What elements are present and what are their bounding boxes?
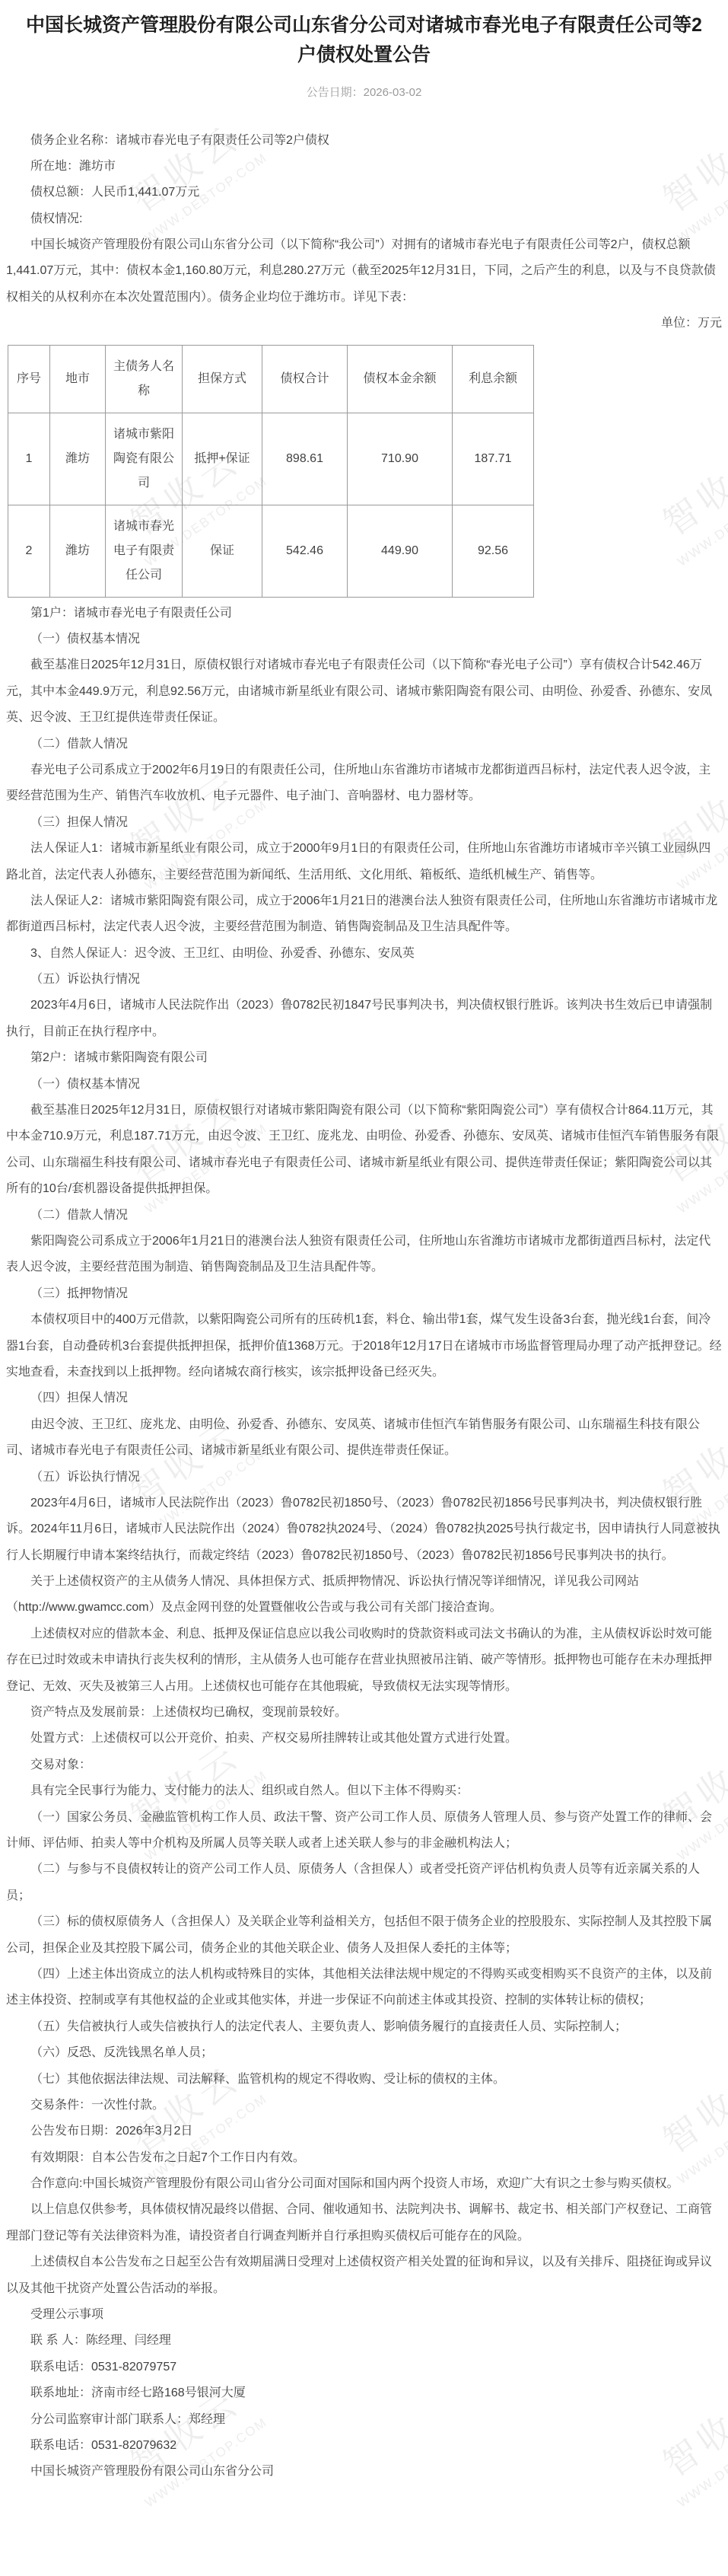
table-header-cell: 债权合计 bbox=[262, 345, 348, 413]
claim-status-label: 债权情况: bbox=[6, 206, 722, 232]
s1-claim-basic-text: 截至基准日2025年12月31日，原债权银行对诸城市春光电子有限责任公司（以下简… bbox=[6, 652, 722, 731]
table-cell: 诸城市紫阳陶瓷有限公司 bbox=[106, 413, 183, 505]
restriction-item-5: （五）失信被执行人或失信被执行人的法定代表人、主要负责人、影响债务履行的直接责任… bbox=[6, 2014, 722, 2040]
s2-borrower-heading: （二）借款人情况 bbox=[6, 1203, 722, 1229]
unit-note: 单位：万元 bbox=[6, 311, 722, 336]
s1-corporate-guarantor-1: 法人保证人1：诸城市新星纸业有限公司，成立于2000年9月1日的有限责任公司，住… bbox=[6, 836, 722, 888]
s1-claim-basic-heading: （一）债权基本情况 bbox=[6, 626, 722, 652]
summary-fields: 债务企业名称：诸城市春光电子有限责任公司等2户债权 所在地：潍坊市 债权总额：人… bbox=[6, 128, 722, 233]
validity-line: 有效期限：自本公告发布之日起7个工作日内有效。 bbox=[6, 2145, 722, 2171]
table-cell: 潍坊 bbox=[50, 505, 106, 597]
table-cell: 诸城市春光电子有限责任公司 bbox=[106, 505, 183, 597]
restriction-item-1: （一）国家公务员、金融监管机构工作人员、政法干警、资产公司工作人员、原债务人管理… bbox=[6, 1805, 722, 1857]
table-header-cell: 地市 bbox=[50, 345, 106, 413]
company-signature-line: 中国长城资产管理股份有限公司山东省分公司 bbox=[6, 2459, 722, 2485]
contact-address-line: 联系地址：济南市经七路168号银河大厦 bbox=[6, 2380, 722, 2406]
page-title: 中国长城资产管理股份有限公司山东省分公司对诸城市春光电子有限责任公司等2户债权处… bbox=[17, 11, 711, 70]
table-header-cell: 主债务人名称 bbox=[106, 345, 183, 413]
contact-person-line: 联 系 人：陈经理、闫经理 bbox=[6, 2328, 722, 2354]
s2-borrower-text: 紫阳陶瓷公司系成立于2006年1月21日的港澳台法人独资有限责任公司，住所地山东… bbox=[6, 1229, 722, 1281]
total-amount-field: 债权总额：人民币1,441.07万元 bbox=[6, 180, 722, 206]
restriction-item-7: （七）其他依据法律法规、司法解释、监管机构的规定不得收购、受让标的债权的主体。 bbox=[6, 2067, 722, 2093]
table-cell: 2 bbox=[8, 505, 50, 597]
table-cell: 1 bbox=[8, 413, 50, 505]
household-2-heading: 第2户：诸城市紫阳陶瓷有限公司 bbox=[6, 1045, 722, 1071]
s1-litigation-text: 2023年4月6日，诸城市人民法院作出（2023）鲁0782民初1847号民事判… bbox=[6, 993, 722, 1045]
table-row: 1 潍坊 诸城市紫阳陶瓷有限公司 抵押+保证 898.61 710.90 187… bbox=[8, 413, 534, 505]
s2-collateral-heading: （三）抵押物情况 bbox=[6, 1281, 722, 1307]
contact-phone-line: 联系电话：0531-82079757 bbox=[6, 2354, 722, 2380]
publish-date: 公告日期：2026-03-02 bbox=[6, 84, 722, 102]
announce-date-line: 公告发布日期：2026年3月2日 bbox=[6, 2119, 722, 2144]
restriction-item-3: （三）标的债权原债务人（含担保人）及关联企业等利益相关方，包括但不限于债务企业的… bbox=[6, 1909, 722, 1962]
table-header-cell: 担保方式 bbox=[183, 345, 262, 413]
location-field: 所在地：潍坊市 bbox=[6, 154, 722, 180]
s2-litigation-heading: （五）诉讼执行情况 bbox=[6, 1465, 722, 1490]
table-cell: 449.90 bbox=[348, 505, 453, 597]
document-content: 中国长城资产管理股份有限公司山东省分公司对诸城市春光电子有限责任公司等2户债权处… bbox=[0, 0, 728, 2516]
s1-corporate-guarantor-2: 法人保证人2：诸城市紫阳陶瓷有限公司，成立于2006年1月21日的港澳台法人独资… bbox=[6, 888, 722, 941]
announcement-page: 智收云WWW.DEBTOP.COM 智收云WWW.DEBTOP.COM 智收云W… bbox=[0, 0, 728, 2576]
table-header-cell: 利息余额 bbox=[453, 345, 534, 413]
audit-phone-line: 联系电话：0531-82079632 bbox=[6, 2433, 722, 2459]
s1-borrower-heading: （二）借款人情况 bbox=[6, 732, 722, 757]
website-info-paragraph: 关于上述债权资产的主从债务人情况、具体担保方式、抵质押物情况、诉讼执行情况等详细… bbox=[6, 1569, 722, 1621]
reference-note-paragraph: 以上信息仅供参考，具体债权情况最终以借据、合同、催收通知书、法院判决书、调解书、… bbox=[6, 2197, 722, 2249]
table-cell: 710.90 bbox=[348, 413, 453, 505]
trade-target-label: 交易对象： bbox=[6, 1752, 722, 1778]
table-cell: 187.71 bbox=[453, 413, 534, 505]
table-row: 2 潍坊 诸城市春光电子有限责任公司 保证 542.46 449.90 92.5… bbox=[8, 505, 534, 597]
debtor-name-field: 债务企业名称：诸城市春光电子有限责任公司等2户债权 bbox=[6, 128, 722, 154]
s2-claim-basic-text: 截至基准日2025年12月31日，原债权银行对诸城市紫阳陶瓷有限公司（以下简称“… bbox=[6, 1098, 722, 1203]
disposal-method-line: 处置方式：上述债权可以公开竞价、拍卖、产权交易所挂牌转让或其他处置方式进行处置。 bbox=[6, 1726, 722, 1752]
contact-section-heading: 受理公示事项 bbox=[6, 2302, 722, 2328]
cooperation-line: 合作意向:中国长城资产管理股份有限公司山省分公司面对国际和国内两个投资人市场，欢… bbox=[6, 2171, 722, 2197]
restriction-item-2: （二）与参与不良债权转让的资产公司工作人员、原债务人（含担保人）或者受托资产评估… bbox=[6, 1857, 722, 1909]
s1-natural-guarantors: 3、自然人保证人：迟令波、王卫红、由明俭、孙爱香、孙德东、安凤英 bbox=[6, 941, 722, 967]
restriction-item-4: （四）上述主体出资成立的法人机构或特殊目的实体，其他相关法律法规中规定的不得购买… bbox=[6, 1962, 722, 2014]
table-cell: 潍坊 bbox=[50, 413, 106, 505]
table-cell: 抵押+保证 bbox=[183, 413, 262, 505]
table-header-cell: 债权本金余额 bbox=[348, 345, 453, 413]
s2-claim-basic-heading: （一）债权基本情况 bbox=[6, 1072, 722, 1098]
table-header-cell: 序号 bbox=[8, 345, 50, 413]
s1-borrower-text: 春光电子公司系成立于2002年6月19日的有限责任公司，住所地山东省潍坊市诸城市… bbox=[6, 757, 722, 810]
household-1-heading: 第1户：诸城市春光电子有限责任公司 bbox=[6, 601, 722, 626]
intro-paragraph: 中国长城资产管理股份有限公司山东省分公司（以下简称“我公司”）对拥有的诸城市春光… bbox=[6, 232, 722, 311]
audit-contact-line: 分公司监察审计部门联系人：郑经理 bbox=[6, 2407, 722, 2433]
s1-guarantor-heading: （三）担保人情况 bbox=[6, 810, 722, 836]
asset-outlook-line: 资产特点及发展前景：上述债权均已确权，变现前景较好。 bbox=[6, 1700, 722, 1726]
s2-litigation-text: 2023年4月6日，诸城市人民法院作出（2023）鲁0782民初1850号、（2… bbox=[6, 1490, 722, 1569]
s2-collateral-text: 本债权项目中的400万元借款，以紫阳陶瓷公司所有的压砖机1套，料仓、输出带1套，… bbox=[6, 1307, 722, 1385]
table-cell: 保证 bbox=[183, 505, 262, 597]
buyer-qualification-line: 具有完全民事行为能力、支付能力的法人、组织或自然人。但以下主体不得购买： bbox=[6, 1778, 722, 1804]
disclaimer-paragraph: 上述债权对应的借款本金、利息、抵押及保证信息应以我公司收购时的贷款资料或司法文书… bbox=[6, 1621, 722, 1700]
s2-guarantor-heading: （四）担保人情况 bbox=[6, 1385, 722, 1411]
s1-litigation-heading: （五）诉讼执行情况 bbox=[6, 967, 722, 993]
table-cell: 542.46 bbox=[262, 505, 348, 597]
table-cell: 92.56 bbox=[453, 505, 534, 597]
table-header-row: 序号 地市 主债务人名称 担保方式 债权合计 债权本金余额 利息余额 bbox=[8, 345, 534, 413]
objection-paragraph: 上述债权自本公告发布之日起至公告有效期届满日受理对上述债权资产相关处置的征询和异… bbox=[6, 2249, 722, 2302]
trade-condition-line: 交易条件：一次性付款。 bbox=[6, 2093, 722, 2119]
restriction-item-6: （六）反恐、反洗钱黑名单人员； bbox=[6, 2040, 722, 2066]
s2-guarantor-text: 由迟令波、王卫红、庞兆龙、由明俭、孙爱香、孙德东、安凤英、诸城市佳恒汽车销售服务… bbox=[6, 1412, 722, 1465]
claims-table: 序号 地市 主债务人名称 担保方式 债权合计 债权本金余额 利息余额 1 潍坊 … bbox=[8, 345, 534, 598]
table-cell: 898.61 bbox=[262, 413, 348, 505]
